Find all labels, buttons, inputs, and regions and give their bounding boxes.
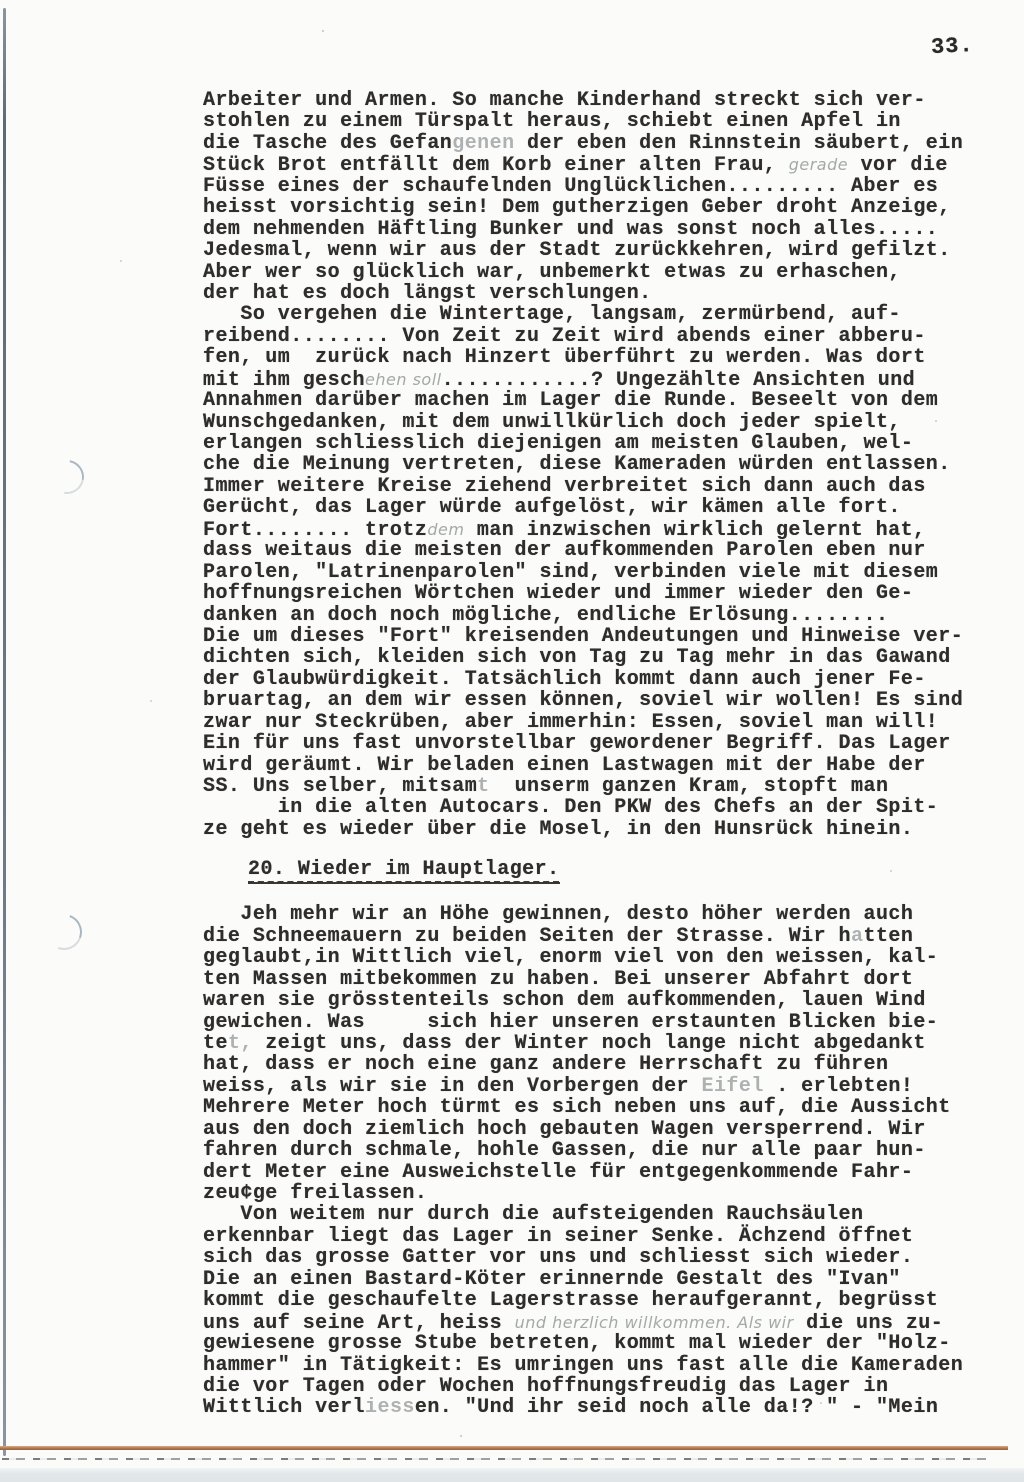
text-line: Wunschgedanken, mit dem unwillkürlich do…: [203, 412, 1003, 433]
text-line: Die an einen Bastard-Köter erinnernde Ge…: [203, 1269, 1003, 1290]
text-line: tet, zeigt uns, dass der Winter noch lan…: [203, 1033, 1003, 1054]
text-line: gewiesene grosse Stube betreten, kommt m…: [203, 1333, 1003, 1354]
text-line: Immer weitere Kreise ziehend verbreitet …: [203, 476, 1003, 497]
text-line: Wittlich verliessen. "Und ihr seid noch …: [203, 1397, 1003, 1418]
text-line: erkennbar liegt das Lager in seiner Senk…: [203, 1226, 1003, 1247]
bottom-rule: [0, 1446, 1008, 1450]
paragraph: So vergehen die Wintertage, langsam, zer…: [203, 304, 1003, 840]
text-line: SS. Uns selber, mitsamt unserm ganzen Kr…: [203, 776, 1003, 797]
text-line: Jeh mehr wir an Höhe gewinnen, desto höh…: [203, 904, 1003, 925]
page-number: 33.: [930, 33, 974, 60]
text-line: che die Meinung vertreten, diese Kamerad…: [203, 454, 1003, 475]
paragraph: Von weitem nur durch die aufsteigenden R…: [203, 1204, 1003, 1418]
text-line: aus den doch ziemlich hoch gebauten Wage…: [203, 1119, 1003, 1140]
text-line: weiss, als wir sie in den Vorbergen der …: [203, 1076, 1003, 1097]
text-line: So vergehen die Wintertage, langsam, zer…: [203, 304, 1003, 325]
text-line: Aber wer so glücklich war, unbemerkt etw…: [203, 262, 1003, 283]
scan-edge-line: [3, 8, 6, 1456]
text-line: sich das grosse Gatter vor uns und schli…: [203, 1247, 1003, 1268]
text-line: dem nehmenden Häftling Bunker und was so…: [203, 219, 1003, 240]
text-line: dert Meter eine Ausweichstelle für entge…: [203, 1162, 1003, 1183]
text-line: reibend........ Von Zeit zu Zeit wird ab…: [203, 326, 1003, 347]
text-line: heisst vorsichtig sein! Dem gutherzigen …: [203, 197, 1003, 218]
text-line: Füsse eines der schaufelnden Unglücklich…: [203, 176, 1003, 197]
text-line: wird geräumt. Wir beladen einen Lastwage…: [203, 755, 1003, 776]
text-line: in die alten Autocars. Den PKW des Chefs…: [203, 797, 1003, 818]
text-line: die vor Tagen oder Wochen hoffnungsfreud…: [203, 1376, 1003, 1397]
text-line: Fort........ trotzdem man inzwischen wir…: [203, 519, 1003, 540]
text-line: Von weitem nur durch die aufsteigenden R…: [203, 1204, 1003, 1225]
text-line: die Schneemauern zu beiden Seiten der St…: [203, 926, 1003, 947]
scanned-page: 33. Arbeiter und Armen. So manche Kinder…: [0, 0, 1024, 1482]
punch-hole-mark: [40, 908, 88, 956]
text-line: Ein für uns fast unvorstellbar gewordene…: [203, 733, 1003, 754]
next-page-edge: [0, 1468, 1024, 1482]
text-line: kommt die geschaufelte Lagerstrasse hera…: [203, 1290, 1003, 1311]
text-line: gewichen. Was sich hier unseren erstaunt…: [203, 1012, 1003, 1033]
text-line: Die um dieses "Fort" kreisenden Andeutun…: [203, 626, 1003, 647]
text-line: mit ihm geschehen soll............? Unge…: [203, 369, 1003, 390]
text-line: Gerücht, das Lager würde aufgelöst, wir …: [203, 497, 1003, 518]
text-line: Jedesmal, wenn wir aus der Stadt zurückk…: [203, 240, 1003, 261]
text-line: die Tasche des Gefangenen der eben den R…: [203, 133, 1003, 154]
text-line: Mehrere Meter hoch türmt es sich neben u…: [203, 1097, 1003, 1118]
text-line: fen, um zurück nach Hinzert überführt zu…: [203, 347, 1003, 368]
paragraph: Jeh mehr wir an Höhe gewinnen, desto höh…: [203, 904, 1003, 1204]
text-line: der hat es doch längst verschlungen.: [203, 283, 1003, 304]
text-line: ze geht es wieder über die Mosel, in den…: [203, 819, 1003, 840]
text-line: erlangen schliesslich diejenigen am meis…: [203, 433, 1003, 454]
scan-specks: [0, 0, 2, 2]
text-line: Annahmen darüber machen im Lager die Run…: [203, 390, 1003, 411]
text-line: zeu¢ge freilassen.: [203, 1183, 1003, 1204]
text-line: Arbeiter und Armen. So manche Kinderhand…: [203, 90, 1003, 111]
text-line: fahren durch schmale, hohle Gassen, die …: [203, 1140, 1003, 1161]
text-line: der Glaubwürdigkeit. Tatsächlich kommt d…: [203, 669, 1003, 690]
text-line: dichten sich, kleiden sich von Tag zu Ta…: [203, 647, 1003, 668]
text-line: waren sie grösstenteils schon dem aufkom…: [203, 990, 1003, 1011]
section-heading-text: 20. Wieder im Hauptlager.: [248, 859, 560, 883]
text-line: Stück Brot entfällt dem Korb einer alten…: [203, 154, 1003, 175]
text-line: ten Massen mitbekommen zu haben. Bei uns…: [203, 969, 1003, 990]
text-line: stohlen zu einem Türspalt heraus, schieb…: [203, 111, 1003, 132]
text-line: hammer" in Tätigkeit: Es umringen uns fa…: [203, 1355, 1003, 1376]
text-line: zwar nur Steckrüben, aber immerhin: Esse…: [203, 712, 1003, 733]
bottom-dashed-rule: [2, 1458, 988, 1460]
text-line: uns auf seine Art, heiss und herzlich wi…: [203, 1312, 1003, 1333]
text-line: hoffnungsreichen Wörtchen wieder und imm…: [203, 583, 1003, 604]
text-line: danken an doch noch mögliche, endliche E…: [203, 605, 1003, 626]
text-line: hat, dass er noch eine ganz andere Herrs…: [203, 1054, 1003, 1075]
paragraph: Arbeiter und Armen. So manche Kinderhand…: [203, 90, 1003, 304]
section-heading: 20. Wieder im Hauptlager.: [248, 859, 1003, 886]
text-line: bruartag, an dem wir essen können, sovie…: [203, 690, 1003, 711]
text-line: dass weitaus die meisten der aufkommende…: [203, 540, 1003, 561]
text-line: geglaubt,in Wittlich viel, enorm viel vo…: [203, 947, 1003, 968]
typewritten-text: Arbeiter und Armen. So manche Kinderhand…: [203, 90, 1003, 1419]
punch-hole-mark: [43, 453, 90, 500]
text-line: Parolen, "Latrinenparolen" sind, verbind…: [203, 562, 1003, 583]
